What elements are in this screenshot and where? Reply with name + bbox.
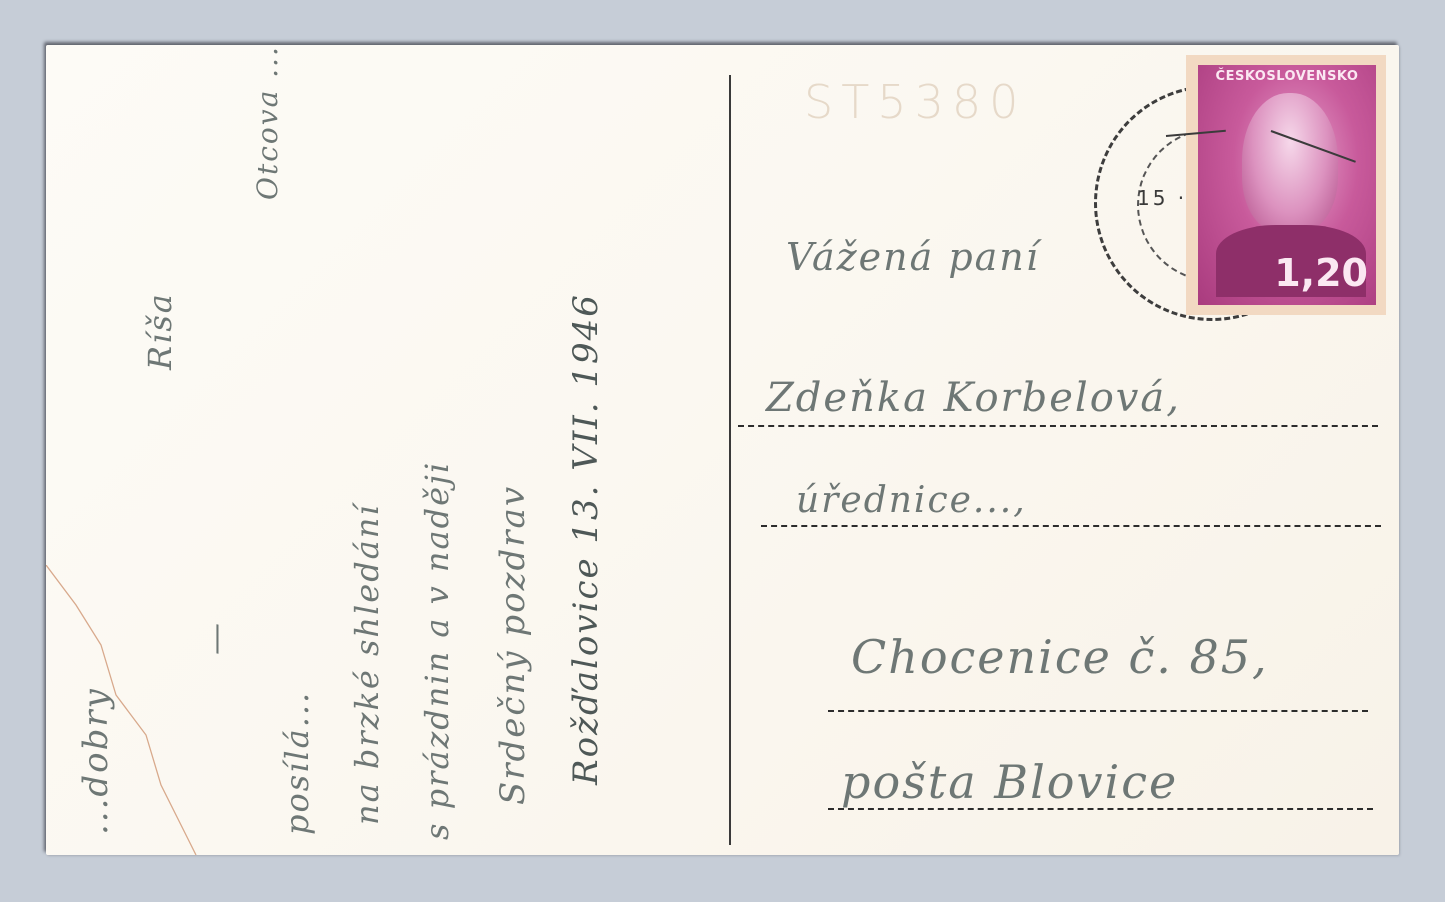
address-rule	[738, 425, 1378, 427]
message-line: Otcova ...	[251, 45, 284, 200]
stamp-value: 1,20	[1274, 251, 1368, 295]
inventory-number: ST5380	[804, 75, 1026, 129]
postcard-back: Rožďalovice 13. VII. 1946 Srdečný pozdra…	[46, 45, 1399, 855]
message-line: posílá...	[278, 691, 316, 835]
address-post-office: pošta Blovice	[841, 755, 1178, 809]
address-occupation: úřednice...,	[796, 480, 1027, 521]
stamp-country: ČESKOSLOVENSKO	[1198, 69, 1376, 84]
address-rule	[761, 525, 1381, 527]
message-line: na brzké shledání	[348, 503, 386, 825]
message-dash: —	[196, 621, 234, 655]
address-rule	[828, 710, 1368, 712]
paper-crease	[46, 565, 226, 855]
address-salutation: Vážená paní	[786, 235, 1040, 279]
message-line: Srdečný pozdrav	[493, 485, 533, 805]
address-name: Zdeňka Korbelová,	[766, 375, 1181, 421]
center-divider-line	[729, 75, 731, 845]
stamp-design: ČESKOSLOVENSKO 1,20	[1198, 65, 1376, 305]
stamp-portrait-icon	[1242, 93, 1338, 233]
message-line: s prázdnin a v naději	[418, 461, 456, 840]
message-line: ...dobry	[76, 687, 116, 835]
address-town: Chocenice č. 85,	[851, 630, 1269, 684]
address-rule	[828, 808, 1373, 810]
message-signature: Ríša	[141, 292, 179, 370]
message-place-date: Rožďalovice 13. VII. 1946	[566, 293, 606, 785]
postage-stamp: ČESKOSLOVENSKO 1,20	[1186, 55, 1386, 315]
